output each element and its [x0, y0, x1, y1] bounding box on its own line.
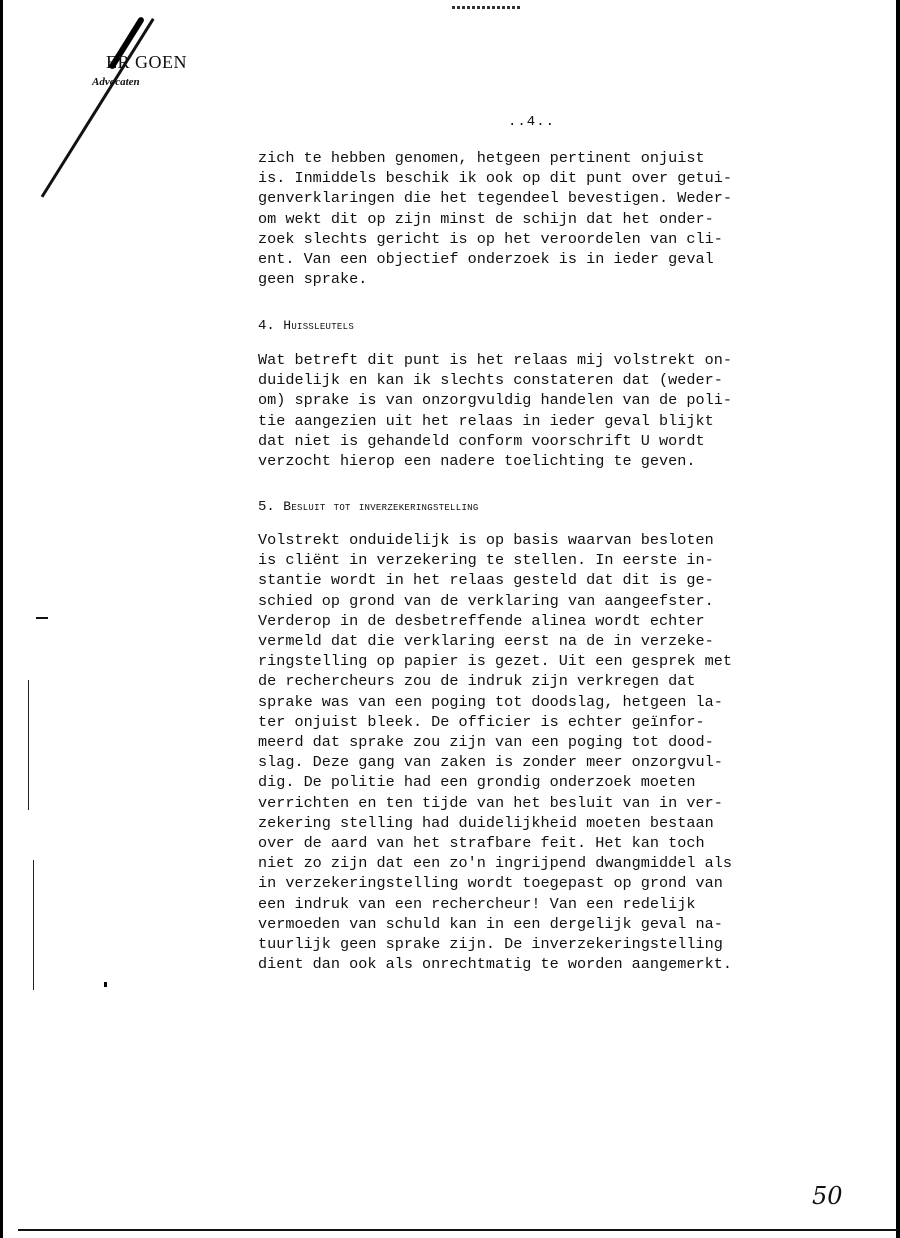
scan-left-edge	[0, 0, 3, 1238]
text-line: is. Inmiddels beschik ik ook op dit punt…	[258, 168, 818, 188]
text-line: zekering stelling had duidelijkheid moet…	[258, 813, 818, 833]
text-line: verrichten en ten tijde van het besluit …	[258, 793, 818, 813]
text-line: zoek slechts gericht is op het veroordel…	[258, 229, 818, 249]
section-5-heading: 5. Besluit tot inverzekeringstelling	[258, 499, 479, 515]
scan-right-edge	[896, 0, 900, 1238]
text-line: niet zo zijn dat een zo'n ingrijpend dwa…	[258, 853, 818, 873]
letterhead-firm-name: ER GOEN	[106, 52, 187, 73]
text-line: om) sprake is van onzorgvuldig handelen …	[258, 390, 818, 410]
text-line: ringstelling op papier is gezet. Uit een…	[258, 651, 818, 671]
text-line: schied op grond van de verklaring van aa…	[258, 591, 818, 611]
text-line: sprake was van een poging tot doodslag, …	[258, 692, 818, 712]
text-line: dient dan ook als onrechtmatig te worden…	[258, 954, 818, 974]
scan-artifact	[452, 6, 522, 9]
text-line: Volstrekt onduidelijk is op basis waarva…	[258, 530, 818, 550]
bottom-rule	[18, 1229, 898, 1231]
text-line: Wat betreft dit punt is het relaas mij v…	[258, 350, 818, 370]
handwritten-folio: 50	[812, 1182, 843, 1210]
section-5-number: 5.	[258, 499, 275, 515]
text-line: een indruk van een rechercheur! Van een …	[258, 894, 818, 914]
margin-line	[28, 680, 29, 810]
text-line: duidelijk en kan ik slechts constateren …	[258, 370, 818, 390]
text-line: verzocht hierop een nadere toelichting t…	[258, 451, 818, 471]
section-4-title: Huissleutels	[283, 318, 354, 333]
text-line: genverklaringen die het tegendeel bevest…	[258, 188, 818, 208]
text-line: slag. Deze gang van zaken is zonder meer…	[258, 752, 818, 772]
text-line: is cliënt in verzekering te stellen. In …	[258, 550, 818, 570]
text-line: meerd dat sprake zou zijn van een poging…	[258, 732, 818, 752]
text-line: ter onjuist bleek. De officier is echter…	[258, 712, 818, 732]
text-line: vermoeden van schuld kan in een dergelij…	[258, 914, 818, 934]
text-line: stantie wordt in het relaas gesteld dat …	[258, 570, 818, 590]
text-line: de rechercheurs zou de indruk zijn verkr…	[258, 671, 818, 691]
text-line: ent. Van een objectief onderzoek is in i…	[258, 249, 818, 269]
paragraph-continued: zich te hebben genomen, hetgeen pertinen…	[258, 148, 818, 289]
margin-line	[33, 860, 34, 990]
text-line: tuurlijk geen sprake zijn. De inverzeker…	[258, 934, 818, 954]
section-4-body: Wat betreft dit punt is het relaas mij v…	[258, 350, 818, 471]
text-line: tie aangezien uit het relaas in ieder ge…	[258, 411, 818, 431]
text-line: zich te hebben genomen, hetgeen pertinen…	[258, 148, 818, 168]
section-5-body: Volstrekt onduidelijk is op basis waarva…	[258, 530, 818, 974]
section-5-title: Besluit tot inverzekeringstelling	[283, 499, 478, 514]
section-4-heading: 4. Huissleutels	[258, 318, 354, 334]
text-line: vermeld dat die verklaring eerst na de i…	[258, 631, 818, 651]
page-marker: ..4..	[508, 114, 555, 130]
letterhead-subtitle: Advocaten	[92, 76, 140, 88]
text-line: dig. De politie had een grondig onderzoe…	[258, 772, 818, 792]
margin-dot	[104, 982, 107, 987]
text-line: om wekt dit op zijn minst de schijn dat …	[258, 209, 818, 229]
pen-stroke-line	[41, 18, 155, 198]
text-line: Verderop in de desbetreffende alinea wor…	[258, 611, 818, 631]
text-line: in verzekeringstelling wordt toegepast o…	[258, 873, 818, 893]
margin-dash	[36, 617, 48, 619]
text-line: geen sprake.	[258, 269, 818, 289]
text-line: dat niet is gehandeld conform voorschrif…	[258, 431, 818, 451]
section-4-number: 4.	[258, 318, 275, 334]
text-line: over de aard van het strafbare feit. Het…	[258, 833, 818, 853]
